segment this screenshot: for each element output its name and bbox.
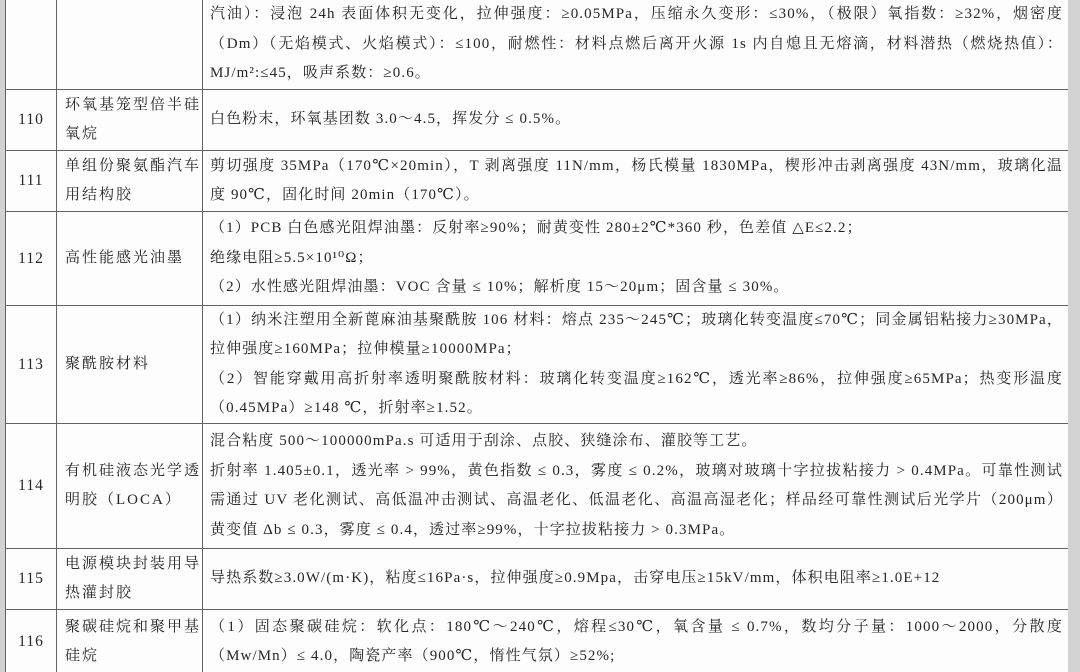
material-name-cell-content: 电源模块封装用导热灌封胶 xyxy=(57,549,202,609)
row-number-cell-content: 112 xyxy=(6,212,56,305)
table-row: 115电源模块封装用导热灌封胶导热系数≥3.0W/(m·K)，粘度≤16Pa·s… xyxy=(6,549,1069,610)
table-row: 114有机硅液态光学透明胶（LOCA）混合粘度 500～100000mPa.s … xyxy=(6,424,1069,549)
row-number-cell: 111 xyxy=(6,151,57,212)
table-row: 汽油）：浸泡 24h 表面体积无变化，拉伸强度：≥0.05MPa，压缩永久变形：… xyxy=(6,0,1069,90)
document-page: 汽油）：浸泡 24h 表面体积无变化，拉伸强度：≥0.05MPa，压缩永久变形：… xyxy=(0,0,1080,672)
row-number-cell: 115 xyxy=(6,549,57,610)
material-name-cell-content: 高性能感光油墨 xyxy=(57,212,202,305)
row-number-cell: 112 xyxy=(6,212,57,306)
row-number-cell-content: 115 xyxy=(6,549,56,609)
row-number-cell: 116 xyxy=(6,610,57,672)
table-row: 112高性能感光油墨（1）PCB 白色感光阻焊油墨：反射率≥90%；耐黄变性 2… xyxy=(6,212,1069,306)
spec-paragraph: （1）固态聚碳硅烷：软化点：180℃～240℃，熔程≤30℃，氧含量 ≤ 0.7… xyxy=(203,613,1068,672)
table-row: 113聚酰胺材料（1）纳米注塑用全新蓖麻油基聚酰胺 106 材料：熔点 235～… xyxy=(6,306,1069,424)
row-number-cell-content xyxy=(6,0,56,89)
material-name-cell-content: 有机硅液态光学透明胶（LOCA） xyxy=(57,424,202,548)
row-number-cell: 110 xyxy=(6,90,57,151)
spec-paragraph: （2）智能穿戴用高折射率透明聚酰胺材料：玻璃化转变温度≥162℃，透光率≥86%… xyxy=(203,365,1068,424)
material-name-cell: 单组份聚氨酯汽车用结构胶 xyxy=(57,151,203,212)
material-name-cell: 环氧基笼型倍半硅氧烷 xyxy=(57,90,203,151)
row-number-cell-content: 113 xyxy=(6,306,56,423)
material-name-cell-content: 聚碳硅烷和聚甲基硅烷 xyxy=(57,610,202,672)
spec-cell-content: 白色粉末，环氧基团数 3.0～4.5，挥发分 ≤ 0.5%。 xyxy=(203,90,1068,150)
spec-cell-content: 混合粘度 500～100000mPa.s 可适用于刮涂、点胶、狭缝涂布、灌胶等工… xyxy=(203,424,1068,548)
spec-paragraph: 剪切强度 35MPa（170℃×20min），T 剥离强度 11N/mm，杨氏模… xyxy=(203,152,1068,211)
spec-paragraph: 折射率 1.405±0.1，透光率 > 99%，黄色指数 ≤ 0.3，雾度 ≤ … xyxy=(203,457,1068,546)
spec-paragraph: 汽油）：浸泡 24h 表面体积无变化，拉伸强度：≥0.05MPa，压缩永久变形：… xyxy=(203,0,1068,89)
spec-paragraph: 混合粘度 500～100000mPa.s 可适用于刮涂、点胶、狭缝涂布、灌胶等工… xyxy=(203,427,1068,457)
row-number-cell: 113 xyxy=(6,306,57,424)
spec-cell: 导热系数≥3.0W/(m·K)，粘度≤16Pa·s，拉伸强度≥0.9Mpa，击穿… xyxy=(203,549,1069,610)
spec-cell-content: 导热系数≥3.0W/(m·K)，粘度≤16Pa·s，拉伸强度≥0.9Mpa，击穿… xyxy=(203,549,1068,609)
spec-cell-content: （1）纳米注塑用全新蓖麻油基聚酰胺 106 材料：熔点 235～245℃；玻璃化… xyxy=(203,306,1068,423)
table-row: 116聚碳硅烷和聚甲基硅烷（1）固态聚碳硅烷：软化点：180℃～240℃，熔程≤… xyxy=(6,610,1069,672)
spec-paragraph: （2）水性感光阻焊油墨：VOC 含量 ≤ 10%；解析度 15～20μm；固含量… xyxy=(203,273,1068,303)
spec-cell-content: 汽油）：浸泡 24h 表面体积无变化，拉伸强度：≥0.05MPa，压缩永久变形：… xyxy=(203,0,1068,89)
row-number-cell-content: 110 xyxy=(6,90,56,150)
materials-table-wrap: 汽油）：浸泡 24h 表面体积无变化，拉伸强度：≥0.05MPa，压缩永久变形：… xyxy=(5,0,1068,672)
material-name-cell: 聚酰胺材料 xyxy=(57,306,203,424)
row-number-cell-content: 114 xyxy=(6,424,56,548)
material-name-cell xyxy=(57,0,203,90)
row-number-cell xyxy=(6,0,57,90)
table-row: 111单组份聚氨酯汽车用结构胶剪切强度 35MPa（170℃×20min），T … xyxy=(6,151,1069,212)
row-number-cell-content: 116 xyxy=(6,610,56,672)
material-name-cell-content: 环氧基笼型倍半硅氧烷 xyxy=(57,90,202,150)
spec-cell-content: （1）PCB 白色感光阻焊油墨：反射率≥90%；耐黄变性 280±2℃*360 … xyxy=(203,212,1068,305)
spec-cell: 混合粘度 500～100000mPa.s 可适用于刮涂、点胶、狭缝涂布、灌胶等工… xyxy=(203,424,1069,549)
table-row: 110环氧基笼型倍半硅氧烷白色粉末，环氧基团数 3.0～4.5，挥发分 ≤ 0.… xyxy=(6,90,1069,151)
spec-cell-content: （1）固态聚碳硅烷：软化点：180℃～240℃，熔程≤30℃，氧含量 ≤ 0.7… xyxy=(203,610,1068,672)
spec-paragraph: （1）纳米注塑用全新蓖麻油基聚酰胺 106 材料：熔点 235～245℃；玻璃化… xyxy=(203,306,1068,365)
spec-cell: （1）固态聚碳硅烷：软化点：180℃～240℃，熔程≤30℃，氧含量 ≤ 0.7… xyxy=(203,610,1069,672)
spec-cell: 白色粉末，环氧基团数 3.0～4.5，挥发分 ≤ 0.5%。 xyxy=(203,90,1069,151)
material-name-cell: 聚碳硅烷和聚甲基硅烷 xyxy=(57,610,203,672)
spec-cell-content: 剪切强度 35MPa（170℃×20min），T 剥离强度 11N/mm，杨氏模… xyxy=(203,151,1068,211)
spec-cell: 剪切强度 35MPa（170℃×20min），T 剥离强度 11N/mm，杨氏模… xyxy=(203,151,1069,212)
spec-paragraph: 白色粉末，环氧基团数 3.0～4.5，挥发分 ≤ 0.5%。 xyxy=(203,105,1068,135)
spec-paragraph: 导热系数≥3.0W/(m·K)，粘度≤16Pa·s，拉伸强度≥0.9Mpa，击穿… xyxy=(203,564,1068,594)
spec-cell: 汽油）：浸泡 24h 表面体积无变化，拉伸强度：≥0.05MPa，压缩永久变形：… xyxy=(203,0,1069,90)
row-number-cell: 114 xyxy=(6,424,57,549)
material-name-cell: 电源模块封装用导热灌封胶 xyxy=(57,549,203,610)
material-name-cell-content: 聚酰胺材料 xyxy=(57,306,202,423)
spec-paragraph: 绝缘电阻≥5.5×10¹⁰Ω； xyxy=(203,244,1068,274)
material-name-cell: 高性能感光油墨 xyxy=(57,212,203,306)
spec-paragraph: （1）PCB 白色感光阻焊油墨：反射率≥90%；耐黄变性 280±2℃*360 … xyxy=(203,214,1068,244)
material-name-cell: 有机硅液态光学透明胶（LOCA） xyxy=(57,424,203,549)
spec-cell: （1）PCB 白色感光阻焊油墨：反射率≥90%；耐黄变性 280±2℃*360 … xyxy=(203,212,1069,306)
material-name-cell-content xyxy=(57,0,202,89)
materials-spec-table: 汽油）：浸泡 24h 表面体积无变化，拉伸强度：≥0.05MPa，压缩永久变形：… xyxy=(5,0,1068,672)
material-name-cell-content: 单组份聚氨酯汽车用结构胶 xyxy=(57,151,202,211)
row-number-cell-content: 111 xyxy=(6,151,56,211)
spec-cell: （1）纳米注塑用全新蓖麻油基聚酰胺 106 材料：熔点 235～245℃；玻璃化… xyxy=(203,306,1069,424)
